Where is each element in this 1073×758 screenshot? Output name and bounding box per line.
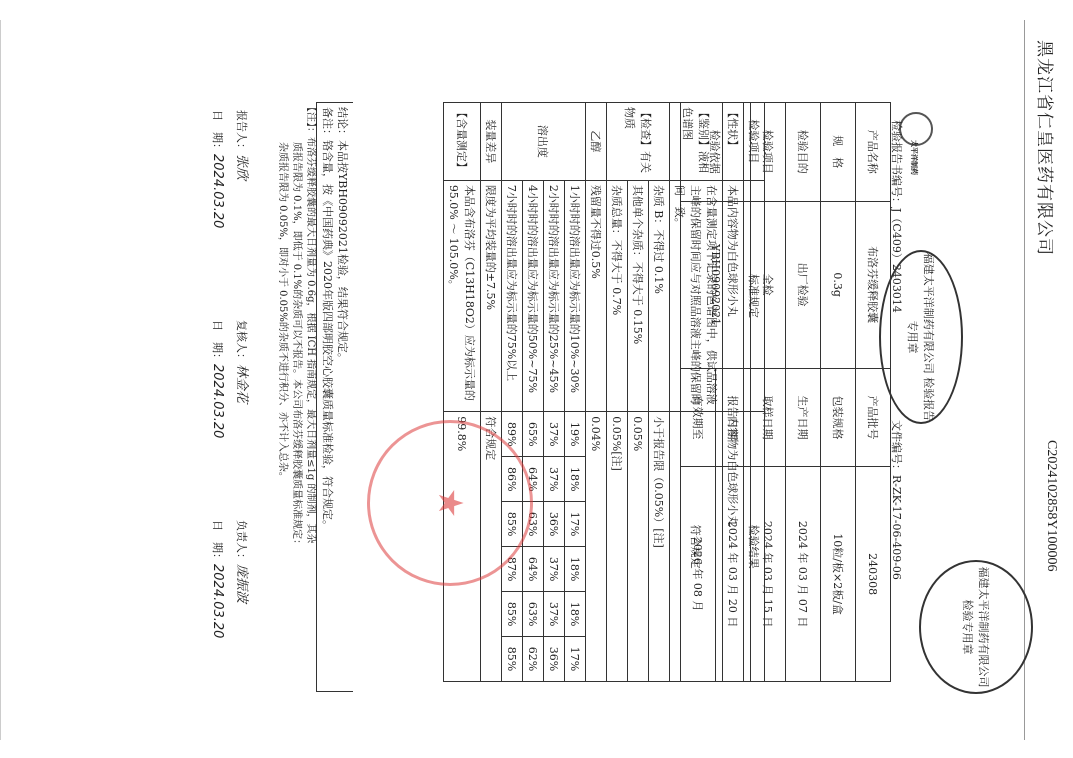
item-appearance: 【性状】 [723, 103, 744, 181]
results-table: 检验项目 标准规定 检验结果 【性状】 本品内容物为白色球形小丸 内容物为白色球… [443, 102, 765, 682]
dissolution-value: 18% [565, 457, 586, 502]
standard: 7小时时的溶出量应为标示量的75%以上 [502, 180, 523, 411]
reporter-signature: 报告人：张欣 日 期：2024.03.20 [205, 110, 253, 228]
standard: 残留量不得过0.5% [586, 180, 607, 411]
date: 2024.03.20 [210, 564, 225, 638]
signature: 林金花 [234, 364, 249, 403]
dissolution-value: 37% [544, 547, 565, 592]
report-page: 黑龙江省仁皇医药有限公司 C2024102858Y100006 太平洋制药 检验… [0, 0, 1073, 758]
dissolution-value: 85% [502, 592, 523, 637]
label: 复核人： [235, 320, 248, 364]
item-fill-variation: 装量差异 [481, 103, 502, 181]
dissolution-value: 17% [565, 502, 586, 547]
file-number: 文件编号：R-ZK-17-06-409-06 [889, 420, 905, 580]
result: 0.05%[注] [607, 412, 628, 682]
dissolution-value: 17% [565, 637, 586, 682]
footnote: 质报告限为 0.1%，即低于 0.1%的杂质可以不报告。本公司布洛芬缓释胶囊质量… [289, 102, 303, 682]
item-dissolution: 溶出度 [502, 103, 586, 181]
divider [0, 20, 1, 740]
signature: 庞振波 [234, 564, 249, 603]
product-name: 布洛芬缓释胶囊 [856, 201, 891, 368]
dissolution-value: 63% [523, 592, 544, 637]
dissolution-value: 65% [523, 412, 544, 457]
label: 日 期： [211, 520, 224, 564]
dissolution-value: 62% [523, 637, 544, 682]
label: 生产日期 [786, 368, 821, 467]
dissolution-value: 64% [523, 547, 544, 592]
package-spec: 10粒/板×2板/盒 [821, 467, 856, 682]
item-related-substances: 【检查】有关物质 [607, 103, 670, 181]
standard: 2小时时的溶出量应为标示量的25%~45% [544, 180, 565, 411]
footnote: 【注】：布洛芬缓释胶囊的最大日剂量为 0.6g，根据 ICH 指南规定，最大日剂… [303, 102, 317, 682]
label: 负责人： [235, 520, 248, 564]
result: 0.04% [586, 412, 607, 682]
footnotes: 【注】：布洛芬缓释胶囊的最大日剂量为 0.6g，根据 ICH 指南规定，最大日剂… [275, 102, 317, 682]
rotated-document: 黑龙江省仁皇医药有限公司 C2024102858Y100006 太平洋制药 检验… [0, 0, 1073, 758]
standard: 杂质 B：不得过 0.1% [649, 180, 670, 411]
document-code: C2024102858Y100006 [1043, 440, 1059, 571]
standard: 在含量测定项下记录的色谱图中，供试品溶液主峰的保留时间应与对照品溶液主峰的保留时… [670, 180, 723, 411]
manager-signature: 负责人：庞振波 日 期：2024.03.20 [205, 520, 253, 638]
inspection-purpose: 出厂检验 [786, 201, 821, 368]
dissolution-value: 18% [565, 547, 586, 592]
standard: 4小时时的溶出量应为标示量的50%~75% [523, 180, 544, 411]
column-header: 标准规定 [744, 180, 765, 411]
result: 0.05% [628, 412, 649, 682]
conclusion-box: 结论：本品按YBH09092021检验，结果符合规定。 备注：铬含量，按《中国药… [316, 102, 353, 692]
result: 小于报告限（0.05%）[注] [649, 412, 670, 682]
standard: 1小时时的溶出量应为标示量的10%~30% [565, 180, 586, 411]
brand-name: 太平洋制药 [909, 140, 919, 175]
standard: 杂质总量：不得大于 0.7% [607, 180, 628, 411]
inspection-report-stamp: 福建太平洋制药有限公司 检验报告专用章 [879, 250, 963, 424]
specification: 0.3g [821, 201, 856, 368]
label: 检验目的 [786, 103, 821, 202]
column-header: 检验项目 [744, 103, 765, 181]
reviewer-signature: 复核人：林金花 日 期：2024.03.20 [205, 320, 253, 438]
dissolution-value: 37% [544, 592, 565, 637]
dissolution-value: 36% [544, 502, 565, 547]
result: 内容物为白色球形小丸 [723, 412, 744, 682]
inspection-stamp: 福建太平洋制药有限公司 检验专用章 [919, 560, 1033, 694]
distributor-stamp: ★ [367, 420, 533, 586]
conclusion: 结论：本品按YBH09092021检验，结果符合规定。 [335, 107, 350, 687]
dissolution-value: 36% [544, 637, 565, 682]
dissolution-value: 85% [502, 637, 523, 682]
production-date: 2024 年 03 月 07 日 [786, 467, 821, 682]
company-name: 黑龙江省仁皇医药有限公司 [1034, 40, 1059, 256]
item-assay: 【含量测定】 [444, 103, 481, 181]
dissolution-value: 19% [565, 412, 586, 457]
standard: 其他单个杂质：不得大于 0.15% [628, 180, 649, 411]
standard: 限度为平均装量的±7.5% [481, 180, 502, 411]
item-identification: 【鉴别】液相色谱图 [670, 103, 723, 181]
dissolution-value: 18% [565, 592, 586, 637]
batch-number: 240308 [856, 467, 891, 682]
standard: 本品含布洛芬（C13H18O2）应为标示量的95.0% ～ 105.0%。 [444, 180, 481, 411]
label: 产品名称 [856, 103, 891, 202]
label: 产品批号 [856, 368, 891, 467]
label: 日 期： [211, 110, 224, 154]
column-header: 检验结果 [744, 412, 765, 682]
dissolution-value: 37% [544, 457, 565, 502]
footnote: 杂质报告限为 0.05%，即对小于 0.05%的杂质不进行积分、亦不计入总杂。 [275, 102, 289, 682]
date: 2024.03.20 [210, 364, 225, 438]
date: 2024.03.20 [210, 154, 225, 228]
dissolution-value: 37% [544, 412, 565, 457]
label: 包装规格 [821, 368, 856, 467]
signature: 张欣 [234, 154, 249, 180]
label: 规 格 [821, 103, 856, 202]
item-ethanol: 乙醇 [586, 103, 607, 181]
remark: 备注：铬含量，按《中国药典》2020年版四部明胶空心胶囊质量标准检验，符合规定。 [320, 107, 335, 687]
result: 符合规定 [670, 412, 723, 682]
label: 日 期： [211, 320, 224, 364]
label: 报告人： [235, 110, 248, 154]
standard: 本品内容物为白色球形小丸 [723, 180, 744, 411]
